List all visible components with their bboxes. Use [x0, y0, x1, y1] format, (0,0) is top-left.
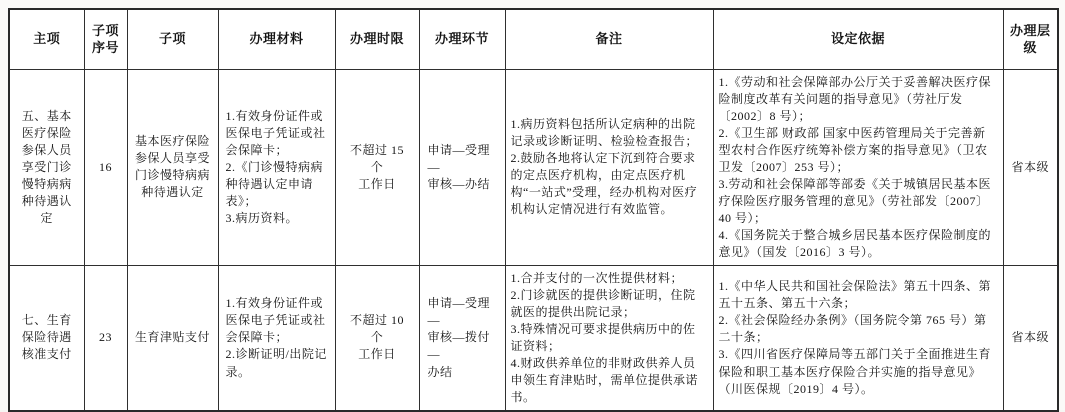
- cell-time-limit: 不超过 10 个 工作日: [335, 265, 419, 411]
- cell-steps: 申请—受理— 审核—拨付— 办结: [419, 265, 505, 411]
- table-header-row: 主项 子项序号 子项 办理材料 办理时限 办理环节 备注 设定依据 办理层级: [9, 9, 1058, 69]
- header-sub-index: 子项序号: [84, 9, 127, 69]
- header-sub-item: 子项: [127, 9, 218, 69]
- document-page: 主项 子项序号 子项 办理材料 办理时限 办理环节 备注 设定依据 办理层级 五…: [0, 0, 1065, 410]
- header-remarks: 备注: [505, 9, 713, 69]
- cell-remarks: 1.合并支付的一次性提供材料； 2.门诊就医的提供诊断证明，住院就医的提供出院记…: [505, 265, 713, 411]
- header-main-item: 主项: [9, 9, 84, 69]
- cell-remarks: 1.病历资料包括所认定病种的出院记录或诊断证明、检验检查报告； 2.鼓励各地将认…: [505, 69, 713, 265]
- service-items-table: 主项 子项序号 子项 办理材料 办理时限 办理环节 备注 设定依据 办理层级 五…: [8, 8, 1059, 412]
- cell-sub-index: 16: [84, 69, 127, 265]
- header-steps: 办理环节: [419, 9, 505, 69]
- cell-time-limit: 不超过 15 个 工作日: [335, 69, 419, 265]
- cell-steps: 申请—受理— 审核—办结: [419, 69, 505, 265]
- header-level: 办理层级: [1003, 9, 1058, 69]
- cell-level: 省本级: [1003, 69, 1058, 265]
- cell-main-item: 五、基本医疗保险参保人员享受门诊慢特病病种待遇认定: [9, 69, 84, 265]
- header-materials: 办理材料: [218, 9, 335, 69]
- cell-basis: 1.《劳动和社会保障部办公厅关于妥善解决医疗保险制度改革有关问题的指导意见》（劳…: [713, 69, 1003, 265]
- table-row: 七、生育保险待遇核准支付 23 生育津贴支付 1.有效身份证件或医保电子凭证或社…: [9, 265, 1058, 411]
- cell-sub-item: 生育津贴支付: [127, 265, 218, 411]
- cell-level: 省本级: [1003, 265, 1058, 411]
- cell-sub-item: 基本医疗保险参保人员享受门诊慢特病病种待遇认定: [127, 69, 218, 265]
- cell-main-item: 七、生育保险待遇核准支付: [9, 265, 84, 411]
- cell-materials: 1.有效身份证件或医保电子凭证或社会保障卡； 2.诊断证明/出院记录。: [218, 265, 335, 411]
- cell-sub-index: 23: [84, 265, 127, 411]
- table-row: 五、基本医疗保险参保人员享受门诊慢特病病种待遇认定 16 基本医疗保险参保人员享…: [9, 69, 1058, 265]
- header-basis: 设定依据: [713, 9, 1003, 69]
- header-time-limit: 办理时限: [335, 9, 419, 69]
- cell-materials: 1.有效身份证件或医保电子凭证或社会保障卡； 2.《门诊慢特病病种待遇认定申请表…: [218, 69, 335, 265]
- cell-basis: 1.《中华人民共和国社会保险法》第五十四条、第五十五条、第五十六条； 2.《社会…: [713, 265, 1003, 411]
